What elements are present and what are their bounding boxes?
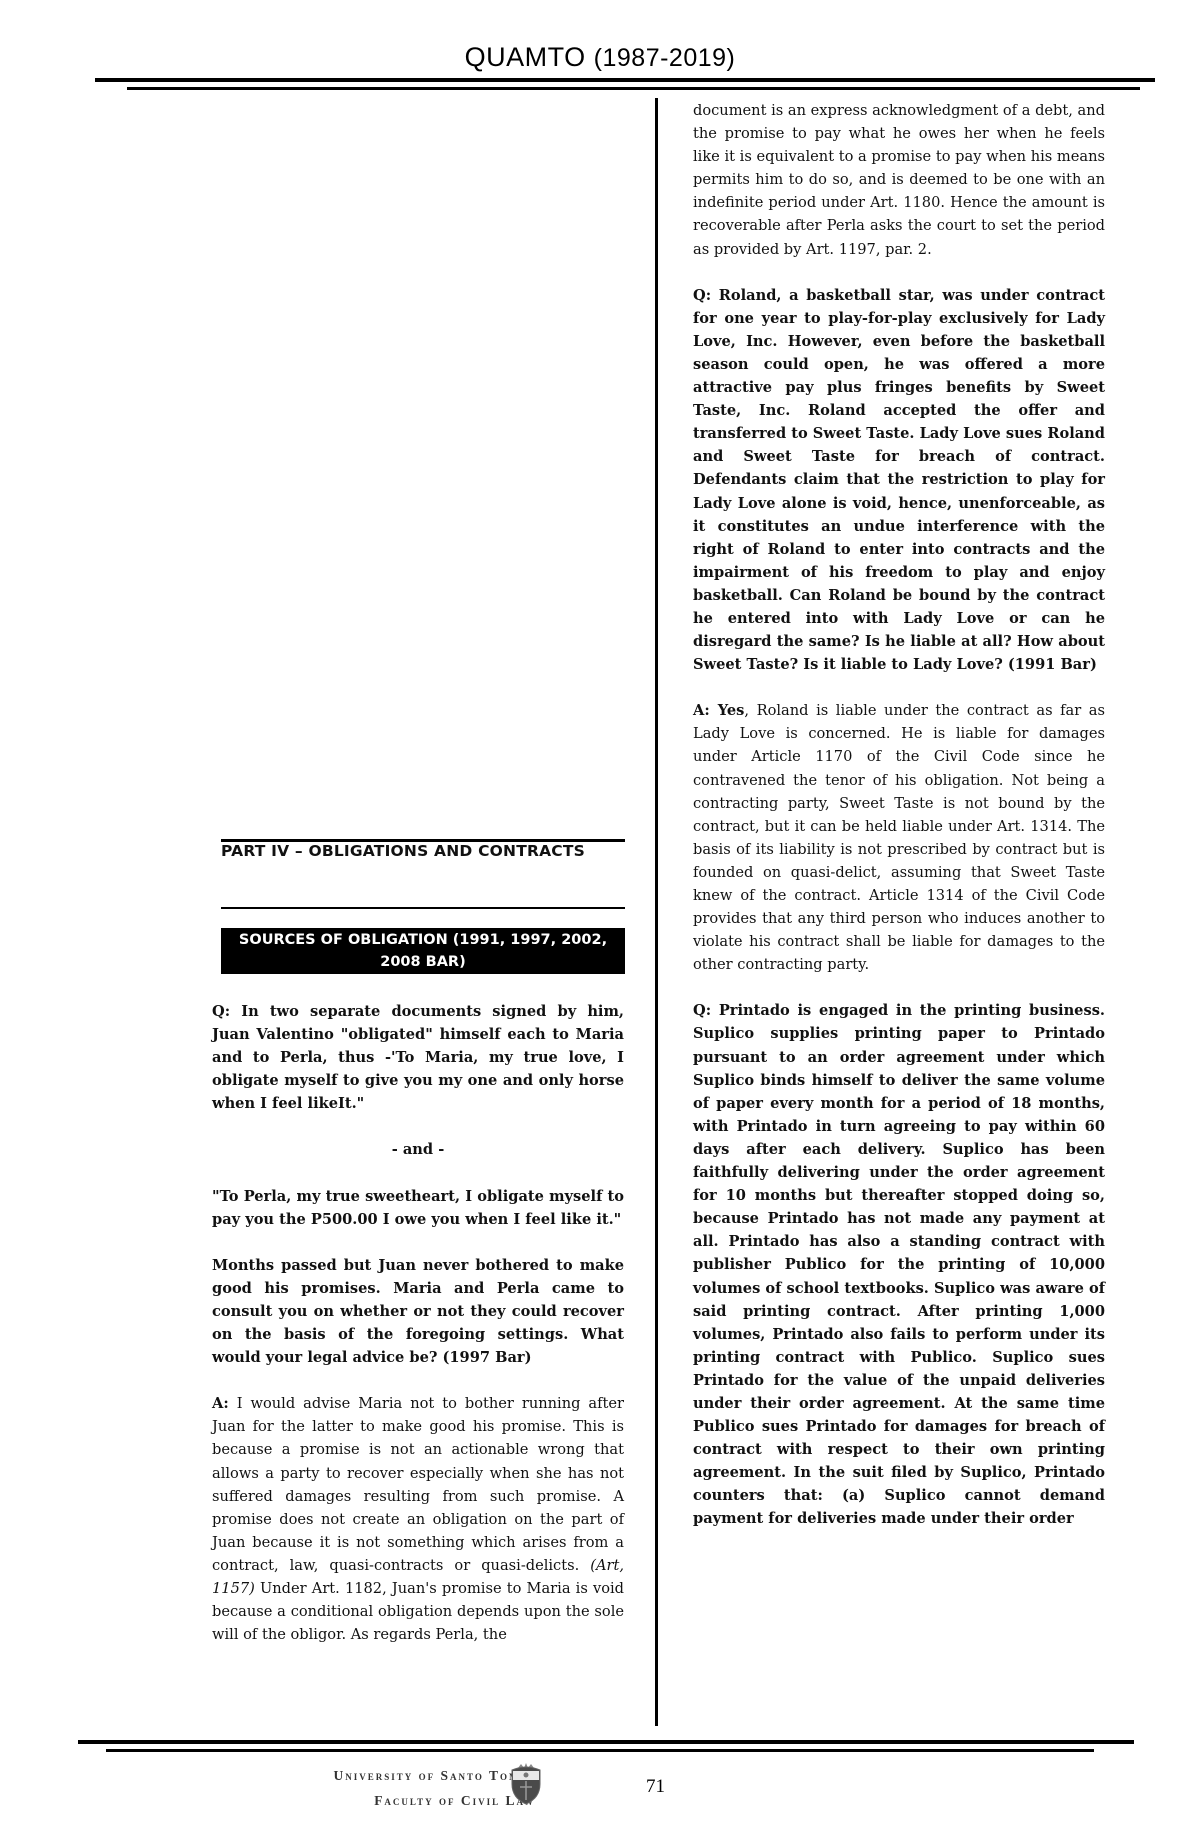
answer-1-text-part2: Under Art. 1182, Juan's promise to Maria… (212, 1580, 624, 1643)
question-1-text: In two separate documents signed by him,… (212, 1003, 624, 1112)
answer-1-continued: document is an express acknowledgment of… (693, 99, 1105, 261)
header-years: (1987-2019) (594, 44, 736, 72)
question-2-text: Roland, a basketball star, was under con… (693, 287, 1105, 674)
part-rule-bottom (221, 907, 625, 909)
header-title: QUAMTO (465, 42, 586, 72)
page-number: 71 (646, 1776, 665, 1798)
section-title-line1: SOURCES OF OBLIGATION (1991, 1997, 2002, (221, 929, 625, 951)
answer-label: A: Yes (693, 702, 744, 719)
section-title-line2: 2008 BAR) (221, 951, 625, 973)
running-header-title: QUAMTO (1987-2019) (0, 42, 1200, 73)
question-label: Q: (212, 1003, 230, 1020)
left-column-body: Q: In two separate documents signed by h… (212, 1000, 624, 1646)
answer-2-text: , Roland is liable under the contract as… (693, 702, 1105, 973)
question-label: Q: (693, 287, 711, 304)
footer-institution: University of Santo Tomas Faculty of Civ… (160, 1763, 535, 1813)
answer-1-text-part1: I would advise Maria not to bother runni… (212, 1395, 624, 1574)
question-1: Q: In two separate documents signed by h… (212, 1000, 624, 1115)
question-3-text: Printado is engaged in the printing busi… (693, 1002, 1105, 1527)
question-2: Q: Roland, a basketball star, was under … (693, 284, 1105, 677)
question-label: Q: (693, 1002, 711, 1019)
section-title-box: SOURCES OF OBLIGATION (1991, 1997, 2002,… (221, 928, 625, 974)
answer-label: A: (212, 1395, 229, 1412)
ust-crest-icon (508, 1762, 544, 1806)
header-rule-bottom (127, 87, 1140, 90)
footer-university: University of Santo Tomas (160, 1763, 535, 1788)
footer-faculty: Faculty of Civil Law (160, 1788, 535, 1813)
column-divider (655, 98, 658, 1726)
question-1-separator: - and - (212, 1138, 624, 1161)
answer-1: A: I would advise Maria not to bother ru… (212, 1392, 624, 1646)
question-3: Q: Printado is engaged in the printing b… (693, 999, 1105, 1530)
footer-rule-bottom (106, 1749, 1094, 1752)
part-title: PART IV – OBLIGATIONS AND CONTRACTS (221, 842, 625, 860)
right-column-body: document is an express acknowledgment of… (693, 99, 1105, 1531)
question-1-followup: Months passed but Juan never bothered to… (212, 1254, 624, 1369)
footer-rule-top (78, 1740, 1134, 1744)
answer-2: A: Yes, Roland is liable under the contr… (693, 699, 1105, 976)
header-rule-top (95, 78, 1155, 82)
question-1-quote-2: "To Perla, my true sweetheart, I obligat… (212, 1185, 624, 1231)
